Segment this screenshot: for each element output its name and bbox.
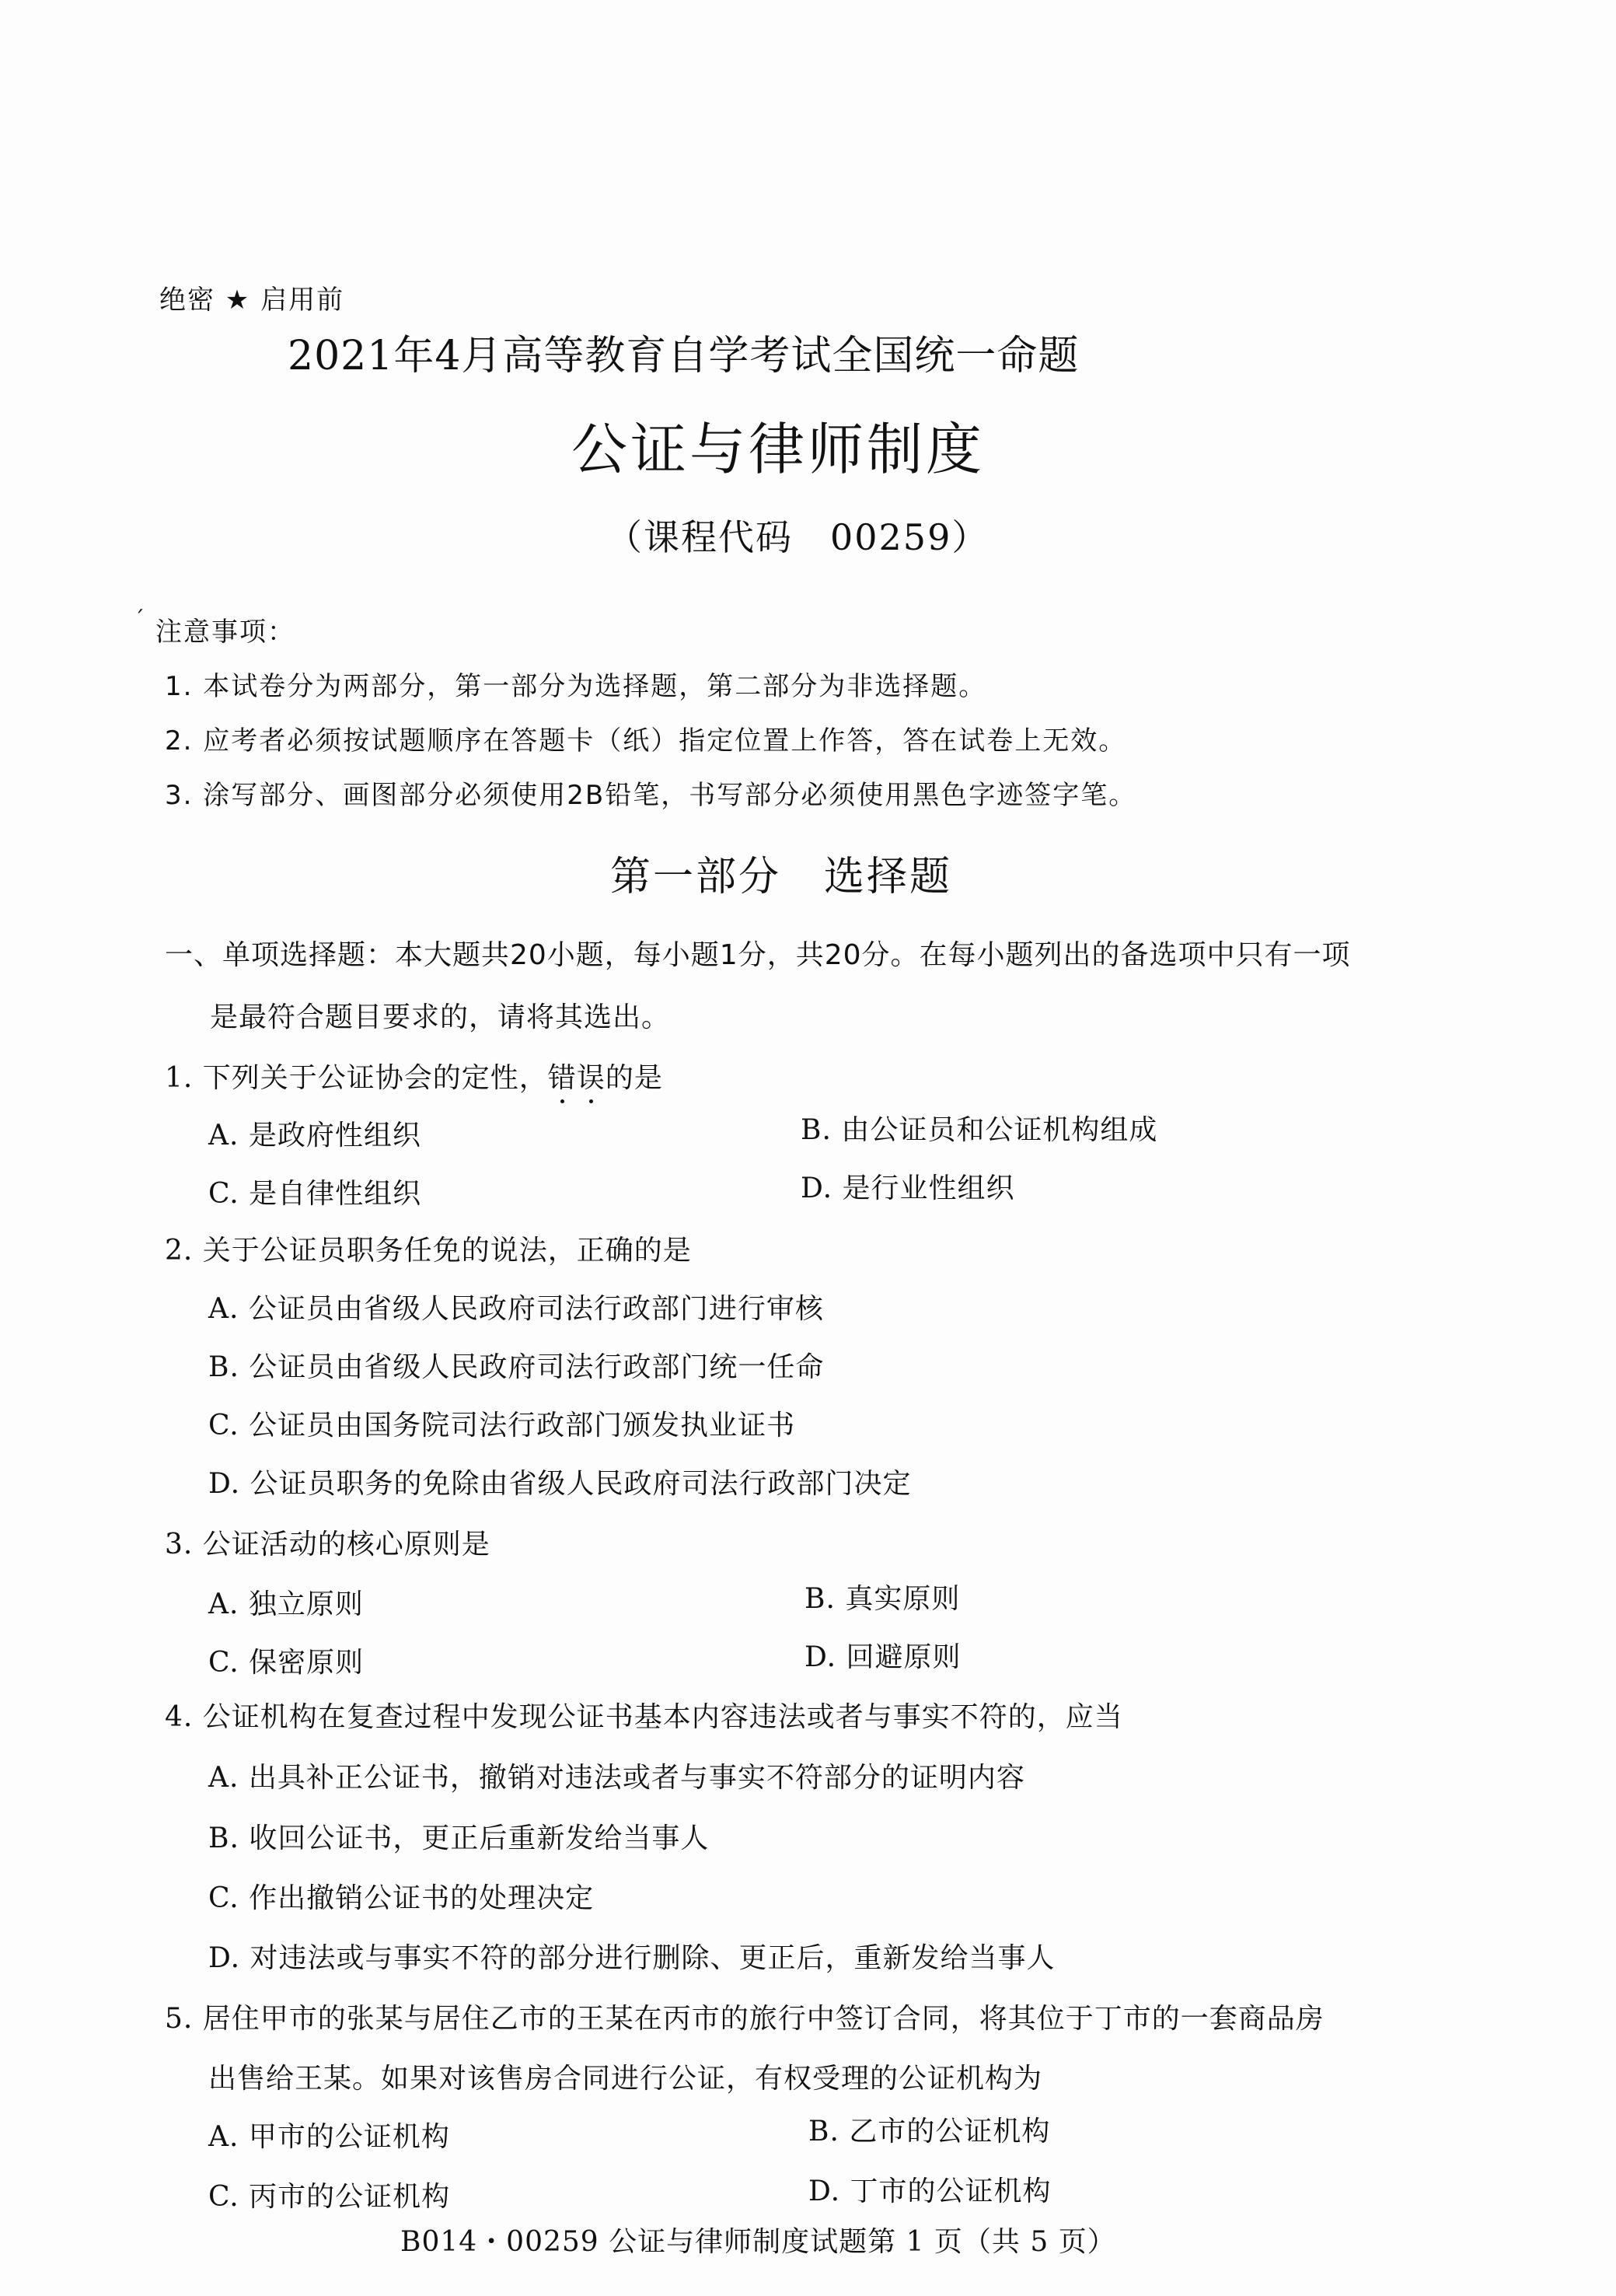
question-1-option-a: A. 是政府性组织 <box>208 1113 421 1153</box>
note-item: 2. 应考者必须按试题顺序在答题卡（纸）指定位置上作答，答在试卷上无效。 <box>165 719 1126 757</box>
question-4-option-b: B. 收回公证书，更正后重新发给当事人 <box>208 1816 709 1856</box>
question-4-option-d: D. 对违法或与事实不符的部分进行删除、更正后，重新发给当事人 <box>208 1936 1055 1976</box>
question-3-option-a: A. 独立原则 <box>208 1582 364 1622</box>
exam-page: 绝密 ★ 启用前 2021年4月高等教育自学考试全国统一命题 公证与律师制度 （… <box>0 0 1616 2296</box>
emphasis-char: 错 <box>548 1056 577 1096</box>
question-1-option-d: D. 是行业性组织 <box>801 1166 1014 1206</box>
question-1-option-c: C. 是自律性组织 <box>208 1172 421 1211</box>
question-2-option-b: B. 公证员由省级人民政府司法行政部门统一任命 <box>208 1345 824 1385</box>
section-intro: 一、单项选择题：本大题共20小题，每小题1分，共20分。在每小题列出的备选项中只… <box>165 933 1351 973</box>
question-2-option-a: A. 公证员由省级人民政府司法行政部门进行审核 <box>208 1287 824 1326</box>
question-1-stem: 1. 下列关于公证协会的定性，错误的是 <box>165 1056 663 1096</box>
question-2-option-d: D. 公证员职务的免除由省级人民政府司法行政部门决定 <box>208 1462 911 1501</box>
note-item: 1. 本试卷分为两部分，第一部分为选择题，第二部分为非选择题。 <box>165 665 986 703</box>
page-footer: B014・00259 公证与律师制度试题第 1 页（共 5 页） <box>400 2220 1116 2259</box>
question-3-option-c: C. 保密原则 <box>208 1641 364 1680</box>
question-5-stem-cont: 出售给王某。如果对该售房合同进行公证，有权受理的公证机构为 <box>208 2057 1042 2096</box>
question-3-option-b: B. 真实原则 <box>805 1577 960 1616</box>
confidential-mark: 绝密 ★ 启用前 <box>159 278 344 316</box>
question-2-stem: 2. 关于公证员职务任免的说法，正确的是 <box>165 1228 692 1268</box>
question-5-option-b: B. 乙市的公证机构 <box>808 2109 1050 2149</box>
question-5-stem: 5. 居住甲市的张某与居住乙市的王某在丙市的旅行中签订合同，将其位于丁市的一套商… <box>165 1997 1325 2036</box>
question-3-stem: 3. 公证活动的核心原则是 <box>165 1522 490 1562</box>
subject-title: 公证与律师制度 <box>571 404 985 485</box>
emphasis-char: 误 <box>577 1056 606 1096</box>
course-code: （课程代码 00259） <box>606 509 989 561</box>
question-4-stem: 4. 公证机构在复查过程中发现公证书基本内容违法或者与事实不符的，应当 <box>165 1695 1123 1735</box>
notes-title: 注意事项： <box>155 610 295 648</box>
question-5-option-d: D. 丁市的公证机构 <box>808 2169 1051 2209</box>
question-4-option-a: A. 出具补正公证书，撤销对违法或者与事实不符部分的证明内容 <box>208 1756 1025 1795</box>
section-intro-cont: 是最符合题目要求的，请将其选出。 <box>210 995 670 1035</box>
question-1-stem-end: 的是 <box>606 1062 663 1094</box>
exam-title: 2021年4月高等教育自学考试全国统一命题 <box>288 323 1079 381</box>
question-2-option-c: C. 公证员由国务院司法行政部门颁发执业证书 <box>208 1403 795 1443</box>
question-1-stem-text: 1. 下列关于公证协会的定性， <box>165 1062 548 1094</box>
part-one-title: 第一部分 选择题 <box>610 844 952 902</box>
question-4-option-c: C. 作出撤销公证书的处理决定 <box>208 1876 594 1916</box>
question-3-option-d: D. 回避原则 <box>805 1635 961 1675</box>
question-5-option-a: A. 甲市的公证机构 <box>208 2115 450 2154</box>
scan-mark: ˊ <box>134 606 145 632</box>
note-item: 3. 涂写部分、画图部分必须使用2B铅笔，书写部分必须使用黑色字迹签字笔。 <box>165 774 1136 812</box>
question-5-option-c: C. 丙市的公证机构 <box>208 2175 450 2214</box>
question-1-option-b: B. 由公证员和公证机构组成 <box>801 1108 1157 1148</box>
